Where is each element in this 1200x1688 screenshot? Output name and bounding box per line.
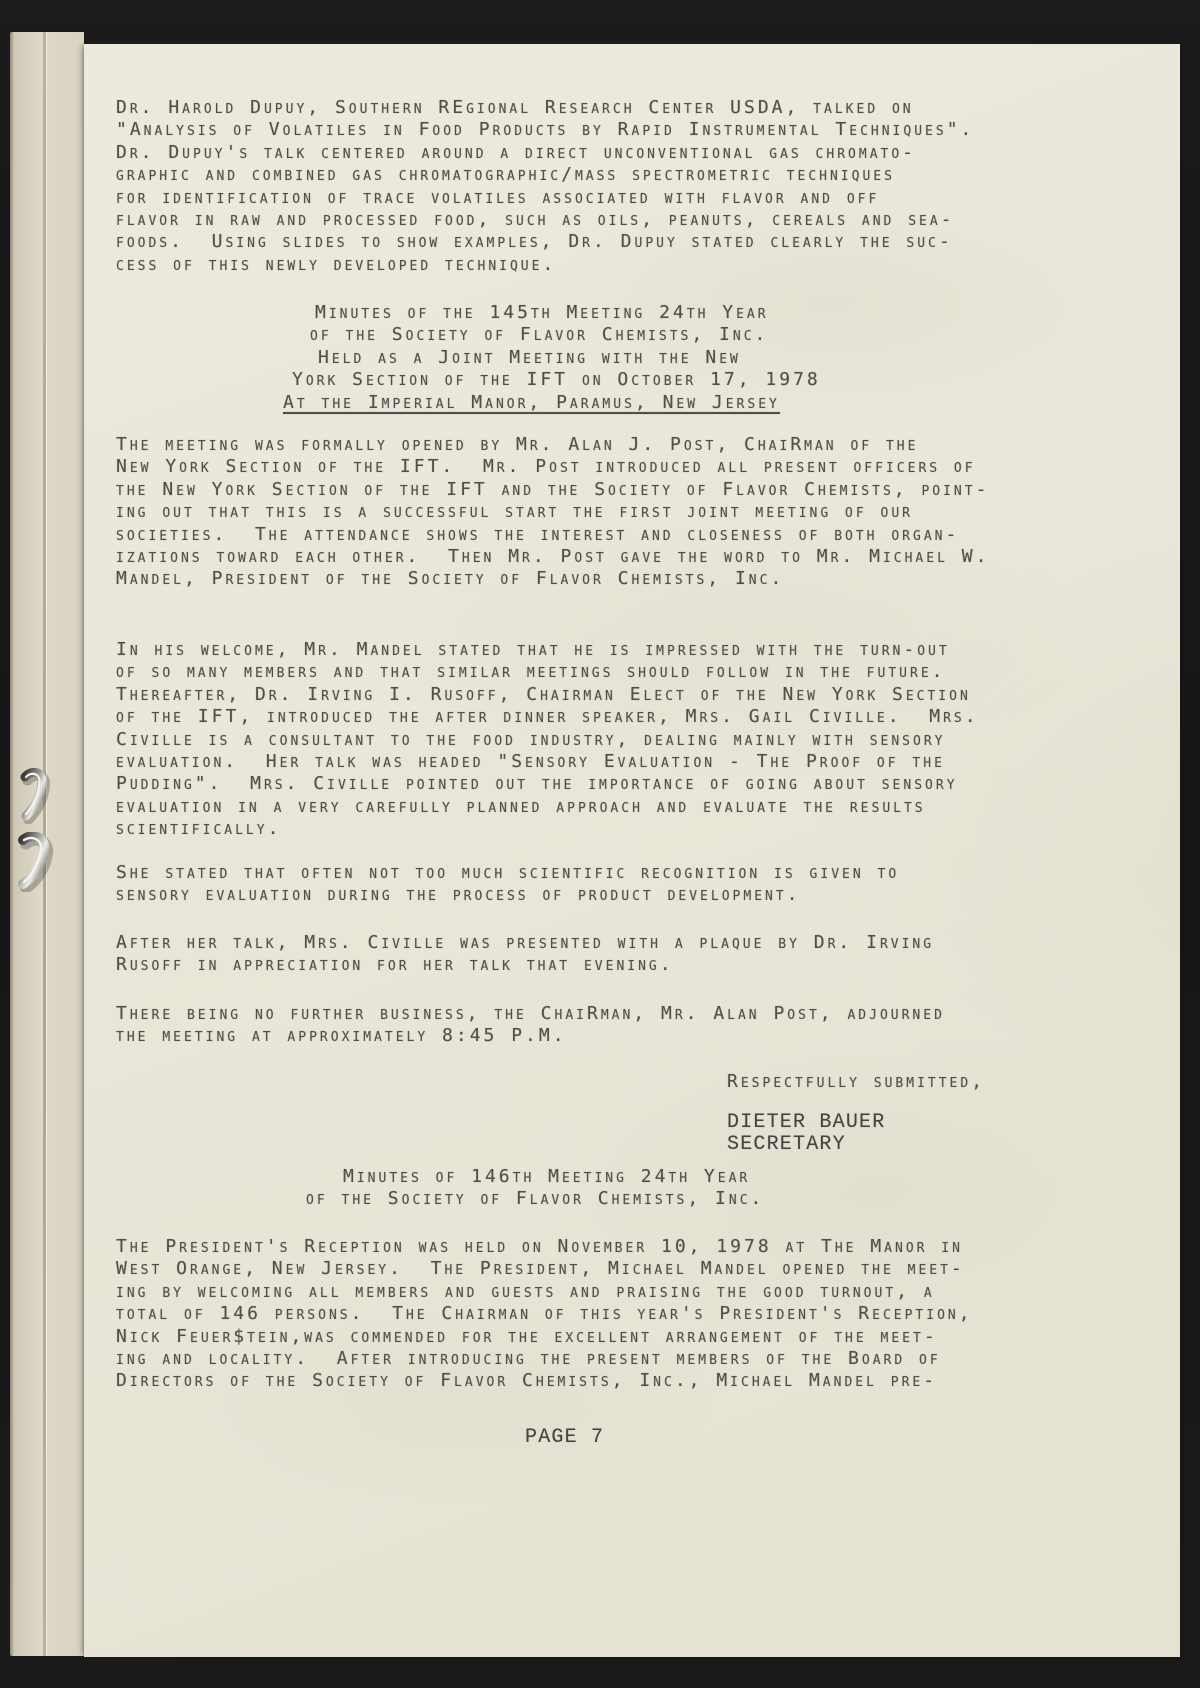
heading-145th-meeting-location: At the Imperial Manor, Paramus, New Jers…	[283, 392, 780, 414]
paragraph-dupuy-report: Dr. Harold Dupuy, Southern REgional Rese…	[116, 97, 974, 276]
page-number: PAGE 7	[525, 1427, 604, 1449]
heading-145th-meeting-line4: York Section of the IFT on October 17, 1…	[292, 369, 821, 391]
binding-staple-bottom-icon	[13, 832, 55, 892]
heading-146th-meeting-line1: Minutes of 146th Meeting 24th Year	[343, 1166, 750, 1188]
paragraph-plaque-presentation: After her talk, Mrs. Civille was present…	[116, 932, 934, 977]
document-page: Dr. Harold Dupuy, Southern REgional Rese…	[84, 44, 1180, 1657]
paragraph-scientific-recognition: She stated that often not too much scien…	[116, 862, 899, 907]
heading-145th-meeting-line3: Held as a Joint Meeting with the New	[318, 347, 741, 369]
paragraph-mandel-welcome: In his welcome, Mr. Mandel stated that h…	[116, 639, 979, 841]
scanner-background: Dr. Harold Dupuy, Southern REgional Rese…	[0, 0, 1200, 1688]
paragraph-meeting-opening: The meeting was formally opened by Mr. A…	[116, 434, 989, 591]
heading-145th-meeting-line2: of the Society of Flavor Chemists, Inc.	[310, 324, 768, 346]
heading-146th-meeting-line2: of the Society of Flavor Chemists, Inc.	[306, 1188, 764, 1210]
signoff-title: SECRETARY	[727, 1134, 846, 1156]
signoff-name: DIETER BAUER	[727, 1112, 885, 1134]
paragraph-presidents-reception: The President's Reception was held on No…	[116, 1236, 973, 1393]
paragraph-adjournment: There being no further business, the Cha…	[116, 1003, 945, 1048]
binding-staple-top-icon	[14, 768, 52, 824]
signoff-closing: Respectfully submitted,	[727, 1071, 985, 1093]
heading-145th-meeting-line1: Minutes of the 145th Meeting 24th Year	[315, 302, 769, 324]
